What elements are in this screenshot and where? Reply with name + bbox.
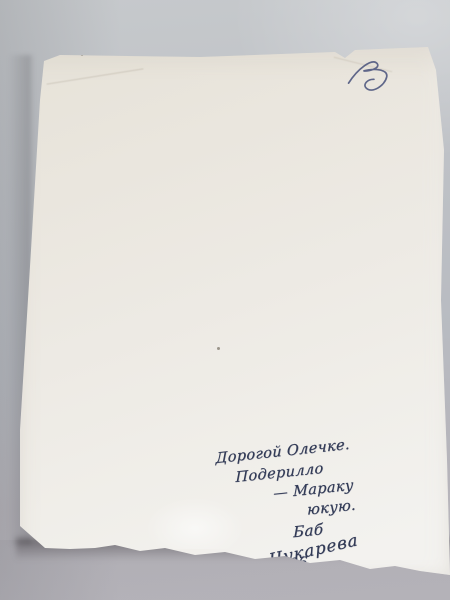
paper-sheet: Дорогой Олечке. Подерилло — Мараку юкую.…: [15, 42, 450, 578]
paper-crease: [47, 68, 144, 84]
photo-of-paper-back: Дорогой Олечке. Подерилло — Мараку юкую.…: [0, 0, 450, 600]
paper-speck: [217, 347, 220, 350]
